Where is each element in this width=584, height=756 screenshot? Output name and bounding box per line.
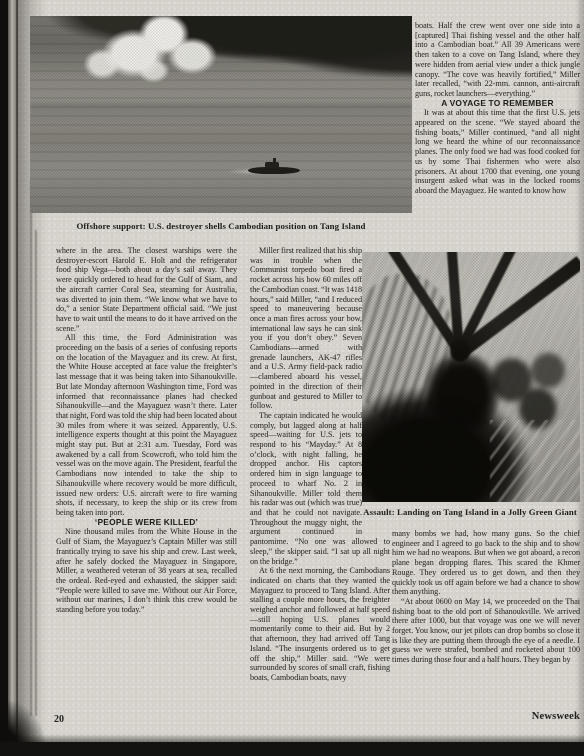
body-paragraph: many bombs we had, how many guns. So the… — [392, 529, 580, 597]
sea-shadow-band — [30, 103, 412, 127]
column-right-lower: many bombs we had, how many guns. So the… — [392, 529, 580, 665]
publication-name: Newsweek — [470, 711, 580, 722]
body-paragraph: It was at about this time that the first… — [415, 108, 580, 195]
shell-smoke-cloud — [76, 16, 252, 99]
section-heading-voyage: A VOYAGE TO REMEMBER — [415, 99, 580, 109]
helicopter-assault-photo — [362, 252, 580, 502]
column-top-right: boats. Half the crew went over one side … — [415, 21, 580, 196]
scan-bottom-edge — [0, 742, 584, 756]
column-left: where in the area. The closest warships … — [56, 246, 237, 615]
section-heading-people-killed: ‘PEOPLE WERE KILLED’ — [56, 518, 237, 528]
destroyer-silhouette — [248, 167, 300, 174]
light-streaks — [490, 420, 580, 502]
body-paragraph: Nine thousand miles from the White House… — [56, 527, 237, 614]
scan-gutter-line — [35, 230, 37, 716]
body-paragraph: At 6 the next morning, the Cambodians in… — [250, 566, 390, 682]
destroyer-shelling-photo — [30, 16, 412, 213]
body-paragraph: “At about 0600 on May 14, we proceeded o… — [392, 597, 580, 665]
body-paragraph: boats. Half the crew went over one side … — [415, 21, 580, 99]
body-paragraph: All this time, the Ford Administration w… — [56, 333, 237, 517]
scan-gutter-line — [30, 180, 32, 716]
right-photo-caption: Assault: Landing on Tang Island in a Jol… — [356, 507, 584, 517]
body-paragraph: where in the area. The closest warships … — [56, 246, 237, 333]
top-photo-caption: Offshore support: U.S. destroyer shells … — [30, 221, 412, 231]
